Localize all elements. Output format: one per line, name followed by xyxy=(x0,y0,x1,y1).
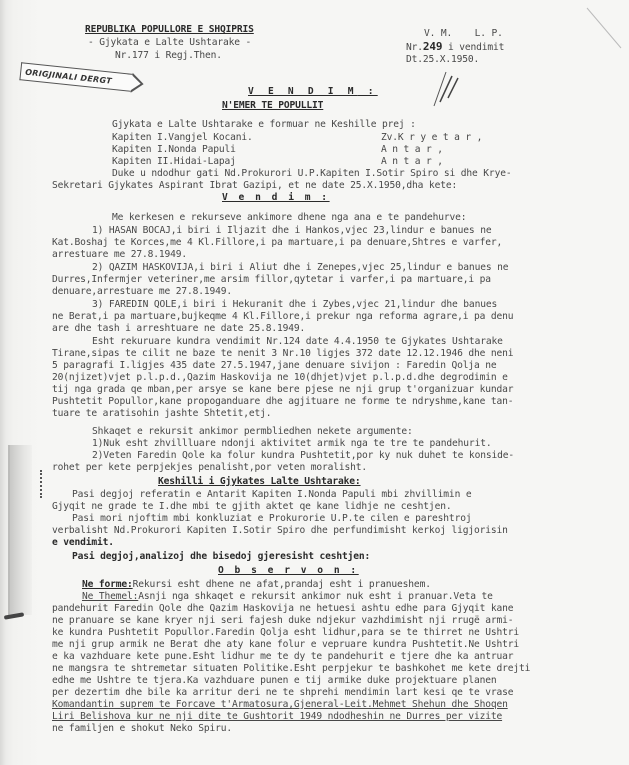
court-line: Gjykata e Lalte Ushtarake e formuar ne K… xyxy=(112,119,416,130)
observon-substance: Ne Themel:Asnji nga shkaqet e rekursit a… xyxy=(82,591,493,602)
observon-body-line: e ka vazhduare kete pune.Esht lidhur me … xyxy=(52,651,513,662)
section-vendim: V e n d i m : xyxy=(222,192,330,203)
observon-body-line: ke kundra Pushtetit Popullor.Faredin Qol… xyxy=(52,627,519,638)
margin-dots xyxy=(40,470,44,498)
observon-heading: O b s e r v o n : xyxy=(218,565,359,576)
observon-body-line: Komandantin suprem te Forcave t'Armatosu… xyxy=(52,699,508,710)
title-text: V E N D I M xyxy=(248,86,358,97)
council-paragraph-line: Pasi degjoj referatin e Antarit Kapiten … xyxy=(72,489,471,500)
ref-vm-lp: V. M. L. P. xyxy=(424,28,503,39)
presence-line: Sekretari Gjykates Aspirant Ibrat Gazipi… xyxy=(52,180,457,191)
ref-number-prefix: Nr. xyxy=(406,42,423,53)
observon-body-line: me nji grup armik ne Berat dhe aty kane … xyxy=(52,639,519,650)
ref-number: 249 xyxy=(423,40,442,53)
defendant-line: 3) FAREDIN QOLE,i biri i Hekuranit dhe i… xyxy=(92,299,497,310)
defendant-line: 2) QAZIM HASKOVIJA,i biri i Aliut dhe i … xyxy=(92,262,508,273)
arguments-intro: Shkaqet e rekursit ankimor permbliedhen … xyxy=(92,426,413,437)
council-heading: Keshilli i Gjykates Lalte Ushtarake: xyxy=(158,476,361,487)
observon-substance-label: Ne Themel: xyxy=(82,591,138,602)
court-role: A n t a r , xyxy=(381,156,443,167)
appeal-paragraph-line: tij nga grada qe mban,per arsye se kane … xyxy=(52,384,513,395)
header-register: Nr.177 i Regj.Then. xyxy=(115,50,222,61)
council-paragraph-line: Pasi mori njoftim mbi konkluziat e Proku… xyxy=(72,513,471,524)
observon-body-line: pandehurit Faredin Qole dhe Qazim Haskov… xyxy=(52,603,513,614)
appeal-paragraph-line: Esht rekuruare kundra vendimit Nr.124 da… xyxy=(92,336,503,347)
court-member: Kapiten I.Nonda Papuli xyxy=(112,144,236,155)
header-court: - Gjykata e Lalte Ushtarake - xyxy=(88,37,251,48)
court-role: A n t a r , xyxy=(381,144,443,155)
appeal-intro: Me kerkesen e rekurseve ankimore dhene n… xyxy=(112,212,466,223)
defendant-line: Durres,Infermjer veteriner,me arsim fill… xyxy=(52,274,491,285)
observon-form: Ne forme:Rekursi esht dhene ne afat,pran… xyxy=(82,579,431,590)
council-paragraph-line: e vendimit. xyxy=(52,537,114,548)
scan-torn-strip xyxy=(8,445,32,615)
argument-line: rohet per kete perpjekjes penalisht,por … xyxy=(52,462,367,473)
observon-body-line: per dezertim dhe bile ka arritur deri ne… xyxy=(52,687,513,698)
observon-body-line: Liri Belishova kur ne nji dite te Gushto… xyxy=(52,711,502,722)
appeal-paragraph-line: 5 paragrafi I.ligjes 435 date 27.5.1947,… xyxy=(52,360,496,371)
defendant-line: 1) HASAN BOCAJ,i biri i Iljazit dhe i Ha… xyxy=(92,225,491,236)
observon-body-line: ne pranuare se kane kryer nji seri fajes… xyxy=(52,615,513,626)
observon-form-text: Rekursi esht dhene ne afat,prandaj esht … xyxy=(133,579,431,590)
defendant-line: ne Berat,i pa martuare,bujkeqme 4 Kl.Fil… xyxy=(52,311,513,322)
stamp-arrow-icon xyxy=(131,73,145,94)
defendant-line: are dhe tash i arreshtuare ne date 25.8.… xyxy=(52,323,305,334)
observon-form-label: Ne forme: xyxy=(82,579,133,590)
defendant-line: Kat.Boshaj te Korces,me 4 Kl.Fillore,i p… xyxy=(52,237,502,248)
observon-body-line: ne familjen e shokut Neko Spiru. xyxy=(52,723,232,734)
scan-left-edge xyxy=(0,0,44,765)
council-paragraph-line: verbalisht Nd.Prokurori Kapiten I.Sotir … xyxy=(52,525,508,536)
ref-number-suffix: i vendimit xyxy=(442,42,504,53)
ref-date: Dt.25.X.1950. xyxy=(406,54,479,65)
court-role: Zv.K r y e t a r , xyxy=(381,132,482,143)
observon-body-line: ne mangsra te shtremetar situaten Politi… xyxy=(52,663,530,674)
argument-line: 1)Nuk esht zhvillluare ndonji aktivitet … xyxy=(92,438,491,449)
council-paragraph-line: Pasi degjoj,analizoj dhe bisedoj gjeresi… xyxy=(72,551,370,562)
appeal-paragraph-line: Tirane,sipas te cilit ne baze te nenit 3… xyxy=(52,348,513,359)
court-member: Kapiten I.Vangjel Kocani. xyxy=(112,132,253,143)
argument-line: 2)Veten Faredin Qole ka folur kundra Pus… xyxy=(92,450,514,461)
document-subtitle: N'EMER TE POPULLIT xyxy=(222,100,323,111)
council-paragraph-line: Gjyqit ne grade te I.dhe mbi te gjith ak… xyxy=(52,501,451,512)
observon-substance-text: Asnji nga shkaqet e rekursit ankimor nuk… xyxy=(138,591,492,602)
defendant-line: arrestuare me 27.8.1949. xyxy=(52,249,187,260)
court-member: Kapiten II.Hidai-Lapaj xyxy=(112,156,236,167)
corner-fold-mark xyxy=(585,6,625,51)
ref-number-line: Nr.249 i vendimit xyxy=(406,41,504,53)
appeal-paragraph-line: 20(njizet)vjet p.l.p.d.,Qazim Haskovija … xyxy=(52,372,508,383)
stamp-text: ORIGJINALI DERGT xyxy=(25,68,113,86)
document-title: V E N D I M : xyxy=(248,86,378,97)
presence-line: Duke u ndodhur gati Nd.Prokurori U.P.Kap… xyxy=(112,168,511,179)
observon-body-line: edhe me Ushtre te tjera.Ka vazhduare pun… xyxy=(52,675,496,686)
header-republic: REPUBLIKA POPULLORE E SHQIPRIS xyxy=(85,24,254,35)
appeal-paragraph-line: tuare te aratisohin jashte Shtetit,etj. xyxy=(52,408,271,419)
document-page: REPUBLIKA POPULLORE E SHQIPRIS - Gjykata… xyxy=(0,0,629,765)
appeal-paragraph-line: Pushtetit Popullor,kane propoganduare dh… xyxy=(52,396,513,407)
defendant-line: denuare,arrestuare me 27.8.1949. xyxy=(52,286,232,297)
title-suffix: : xyxy=(358,86,378,97)
handwritten-strokes xyxy=(432,68,462,108)
